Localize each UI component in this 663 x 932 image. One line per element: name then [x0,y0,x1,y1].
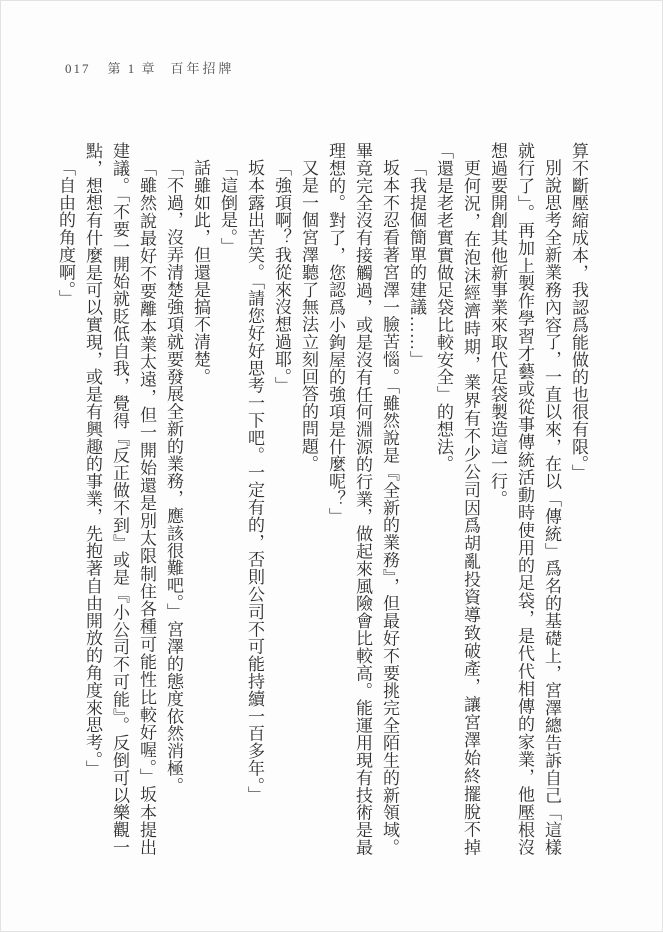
paragraph: 更何況，在泡沫經濟時期，業界有不少公司因爲胡亂投資導致破產，讓宮澤始終擺脫不掉「… [430,142,484,856]
paragraph: 算不斷壓縮成本，我認爲能做的也很有限。」 [565,142,592,856]
paragraph: 坂本不忍看著宮澤一臉苦惱。「雖然說是『全新的業務』，但最好不要挑完全陌生的新領域… [322,142,403,856]
paragraph: 話雖如此，但還是搞不清楚。 [187,142,214,856]
paragraph: 「這倒是。」 [214,142,241,856]
book-page: 017第 1 章百年招牌 算不斷壓縮成本，我認爲能做的也很有限。」別說思考全新業… [0,0,663,932]
page-number: 017 [65,61,91,76]
section-title: 百年招牌 [171,61,235,76]
paragraph: 又是一個宮澤聽了無法立刻回答的問題。 [295,142,322,856]
vertical-text-block: 算不斷壓縮成本，我認爲能做的也很有限。」別說思考全新業務內容了，一直以來，在以「… [52,142,592,856]
chapter-label: 第 1 章 [108,61,157,76]
paragraph: 坂本露出苦笑。「請您好好思考一下吧。一定有的，否則公司不可能持續一百多年。」 [241,142,268,856]
paragraph: 「不過，沒弄清楚強項就要發展全新的業務，應該很難吧。」宮澤的態度依然消極。 [160,142,187,856]
paragraph: 「強項啊？我從來沒想過耶。」 [268,142,295,856]
running-head: 017第 1 章百年招牌 [65,58,235,77]
paragraph: 別說思考全新業務內容了，一直以來，在以「傳統」爲名的基礎上，宮澤總告訴自己「這樣… [484,142,565,856]
paragraph: 「我提個簡單的建議……」 [403,142,430,856]
paragraph: 「自由的角度啊。」 [52,142,79,856]
paragraph: 「雖然說最好不要離本業太遠，但一開始還是別太限制住各種可能性比較好喔。」坂本提出… [79,142,160,856]
